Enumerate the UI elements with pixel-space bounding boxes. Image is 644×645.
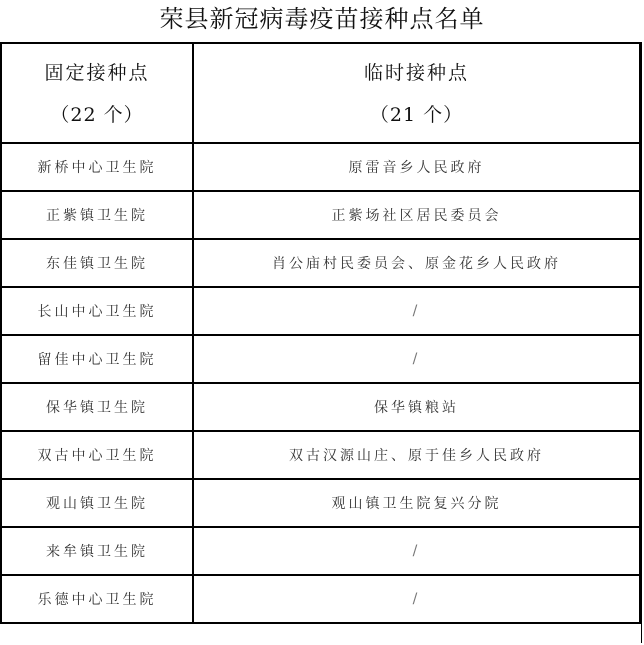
- document-title: 荣县新冠病毒疫苗接种点名单: [0, 0, 644, 42]
- temporary-site-cell: 原雷音乡人民政府: [193, 143, 640, 191]
- table-row: 正紫镇卫生院 正紫场社区居民委员会: [1, 191, 640, 239]
- temporary-site-cell-empty: /: [193, 575, 640, 623]
- header-fixed-sites: 固定接种点 （22 个）: [1, 43, 193, 143]
- temporary-site-cell-empty: /: [193, 287, 640, 335]
- temporary-site-cell-empty: /: [193, 335, 640, 383]
- vaccination-sites-table-container: 固定接种点 （22 个） 临时接种点 （21 个） 新桥中心卫生院 原雷音乡人民…: [0, 42, 642, 643]
- header-temporary-sites-count: （21 个）: [194, 102, 639, 128]
- fixed-site-cell: 正紫镇卫生院: [1, 191, 193, 239]
- temporary-site-cell: 双古汉源山庄、原于佳乡人民政府: [193, 431, 640, 479]
- table-row: 长山中心卫生院 /: [1, 287, 640, 335]
- table-row: 观山镇卫生院 观山镇卫生院复兴分院: [1, 479, 640, 527]
- header-fixed-sites-label: 固定接种点: [2, 58, 192, 88]
- header-temporary-sites-label: 临时接种点: [194, 58, 639, 88]
- temporary-site-cell: 正紫场社区居民委员会: [193, 191, 640, 239]
- table-row: 保华镇卫生院 保华镇粮站: [1, 383, 640, 431]
- temporary-site-cell: 肖公庙村民委员会、原金花乡人民政府: [193, 239, 640, 287]
- fixed-site-cell: 长山中心卫生院: [1, 287, 193, 335]
- fixed-site-cell: 双古中心卫生院: [1, 431, 193, 479]
- header-fixed-sites-count: （22 个）: [2, 102, 192, 128]
- table-row: 留佳中心卫生院 /: [1, 335, 640, 383]
- temporary-site-cell: 观山镇卫生院复兴分院: [193, 479, 640, 527]
- temporary-site-cell-empty: /: [193, 527, 640, 575]
- header-temporary-sites: 临时接种点 （21 个）: [193, 43, 640, 143]
- fixed-site-cell: 乐德中心卫生院: [1, 575, 193, 623]
- fixed-site-cell: 新桥中心卫生院: [1, 143, 193, 191]
- table-row: 双古中心卫生院 双古汉源山庄、原于佳乡人民政府: [1, 431, 640, 479]
- table-row: 新桥中心卫生院 原雷音乡人民政府: [1, 143, 640, 191]
- temporary-site-cell: 保华镇粮站: [193, 383, 640, 431]
- table-row: 乐德中心卫生院 /: [1, 575, 640, 623]
- fixed-site-cell: 东佳镇卫生院: [1, 239, 193, 287]
- table-header-row: 固定接种点 （22 个） 临时接种点 （21 个）: [1, 43, 640, 143]
- table-row: 来牟镇卫生院 /: [1, 527, 640, 575]
- fixed-site-cell: 保华镇卫生院: [1, 383, 193, 431]
- vaccination-sites-table: 固定接种点 （22 个） 临时接种点 （21 个） 新桥中心卫生院 原雷音乡人民…: [0, 42, 641, 624]
- fixed-site-cell: 留佳中心卫生院: [1, 335, 193, 383]
- table-row: 东佳镇卫生院 肖公庙村民委员会、原金花乡人民政府: [1, 239, 640, 287]
- fixed-site-cell: 来牟镇卫生院: [1, 527, 193, 575]
- fixed-site-cell: 观山镇卫生院: [1, 479, 193, 527]
